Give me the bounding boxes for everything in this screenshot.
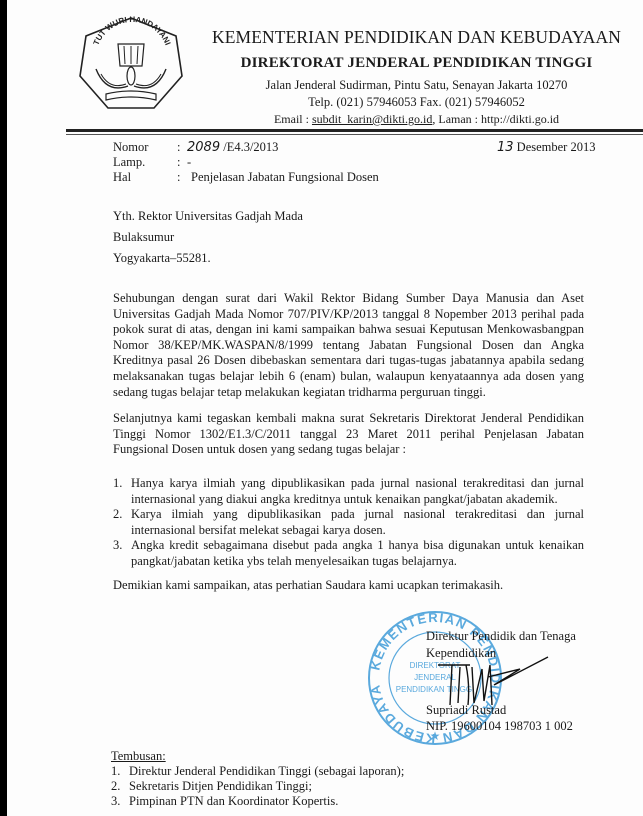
list-text: Hanya karya ilmiah yang dipublikasikan p… [131,476,584,506]
web-link[interactable]: http://dikti.go.id [481,112,559,126]
email-link[interactable]: subdit_karin@dikti.go.id [312,112,432,126]
hal-label: Hal [113,170,177,185]
letter-date: 13 Desember 2013 [497,140,595,155]
lamp-label: Lamp. [113,155,177,170]
cc-text: Pimpinan PTN dan Koordinator Kopertis. [129,794,338,808]
list-item: 3.Angka kredit sebagaimana disebut pada … [113,538,584,569]
colon: : [177,155,187,170]
list-text: Angka kredit sebagaimana disebut pada an… [131,538,584,568]
svg-text:TUT WURI HANDAYANI: TUT WURI HANDAYANI [92,15,173,47]
tut-wuri-handayani-logo-icon: TUT WURI HANDAYANI [76,14,186,114]
signatory-title-1: Direktur Pendidik dan Tenaga [426,629,576,644]
cc-number: 1. [111,764,120,779]
recipient-line-3: Yogyakarta–55281. [113,251,211,266]
cc-number: 3. [111,794,120,809]
signatory-nip: NIP. 19600104 198703 1 002 [426,719,573,734]
points-list: 1.Hanya karya ilmiah yang dipublikasikan… [113,476,584,570]
address: Jalan Jenderal Sudirman, Pintu Satu, Sen… [190,78,643,93]
ministry-name: KEMENTERIAN PENDIDIKAN DAN KEBUDAYAAN [190,27,643,48]
date-rest: Desember 2013 [514,140,596,154]
hal-value: Penjelasan Jabatan Fungsional Dosen [187,170,379,184]
lamp-row: Lamp.:- [113,155,191,170]
list-number: 1. [113,476,122,492]
cc-text: Sekretaris Ditjen Pendidikan Tinggi; [129,779,312,793]
nomor-suffix: /E4.3/2013 [220,140,278,154]
cc-list: 1.Direktur Jenderal Pendidikan Tinggi (s… [111,764,404,809]
signatory-name: Supriadi Rustad [426,703,506,718]
cc-text: Direktur Jenderal Pendidikan Tinggi (seb… [129,764,404,778]
phone-fax: Telp. (021) 57946053 Fax. (021) 57946052 [190,95,643,110]
cc-item: 3.Pimpinan PTN dan Koordinator Kopertis. [111,794,404,809]
colon: : [177,140,187,155]
cc-item: 1.Direktur Jenderal Pendidikan Tinggi (s… [111,764,404,779]
date-day-handwritten: 13 [497,140,514,155]
web-label: , Laman : [432,112,481,126]
scan-edge [0,0,7,816]
colon: : [177,170,187,185]
email-label: Email : [274,112,312,126]
closing-paragraph: Demikian kami sampaikan, atas perhatian … [113,578,584,594]
body-paragraph-1: Sehubungan dengan surat dari Wakil Rekto… [113,291,584,400]
directorate-name: DIREKTORAT JENDERAL PENDIDIKAN TINGGI [190,55,643,72]
lamp-value: - [187,155,191,169]
recipient-line-2: Bulaksumur [113,230,174,245]
list-text: Karya ilmiah yang dipublikasikan pada ju… [131,507,584,537]
recipient-line-1: Yth. Rektor Universitas Gadjah Mada [113,209,303,224]
contact-line: Email : subdit_karin@dikti.go.id, Laman … [190,112,643,127]
list-number: 3. [113,538,122,554]
cc-title: Tembusan: [111,749,166,764]
list-item: 1.Hanya karya ilmiah yang dipublikasikan… [113,476,584,507]
hal-row: Hal:Penjelasan Jabatan Fungsional Dosen [113,170,379,185]
nomor-handwritten: 2089 [187,140,220,155]
header-rule-thin [66,134,643,135]
header-rule-thick [66,129,643,132]
body-paragraph-2: Selanjutnya kami tegaskan kembali makna … [113,411,584,458]
nomor-label: Nomor [113,140,177,155]
list-number: 2. [113,507,122,523]
cc-item: 2.Sekretaris Ditjen Pendidikan Tinggi; [111,779,404,794]
list-item: 2.Karya ilmiah yang dipublikasikan pada … [113,507,584,538]
cc-number: 2. [111,779,120,794]
nomor-row: Nomor:2089 /E4.3/2013 [113,140,278,155]
